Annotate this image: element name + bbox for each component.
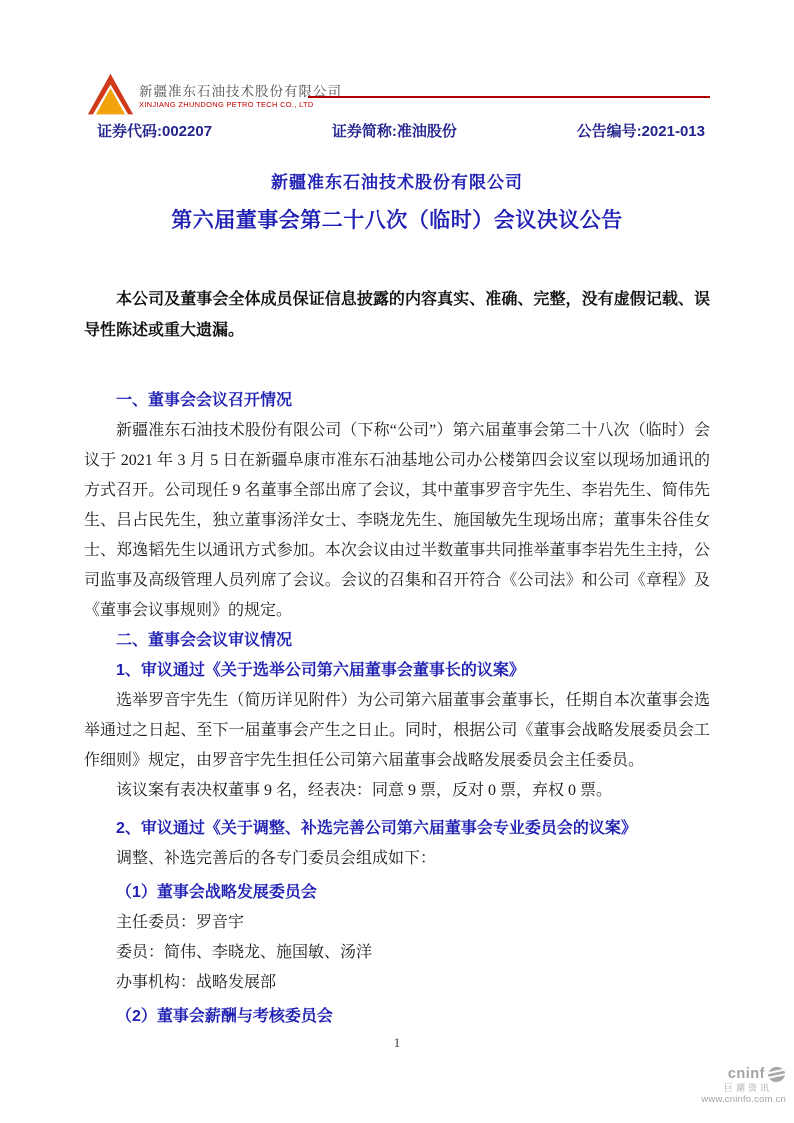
title-company-name: 新疆准东石油技术股份有限公司 xyxy=(84,172,710,194)
section-heading-convening: 一、董事会会议召开情况 xyxy=(84,386,710,416)
paragraph-meeting-convening: 新疆准东石油技术股份有限公司（下称“公司”）第六届董事会第二十八次（临时）会议于… xyxy=(84,416,710,626)
header-company-name-en: XINJIANG ZHUNDONG PETRO TECH CO., LTD xyxy=(139,100,314,109)
cninfo-watermark: cninf 巨潮资讯 www.cninfo.com.cn xyxy=(676,1066,786,1105)
cninfo-name-cn: 巨潮资讯 xyxy=(676,1084,772,1094)
vote-result-line: 该议案有表决权董事 9 名，经表决：同意 9 票，反对 0 票，弃权 0 票。 xyxy=(84,776,710,806)
cninfo-swirl-icon xyxy=(767,1066,786,1083)
document-body: 新疆准东石油技术股份有限公司 第六届董事会第二十八次（临时）会议决议公告 本公司… xyxy=(84,172,710,1032)
subheading-proposal-1: 1、审议通过《关于选举公司第六届董事会董事长的议案》 xyxy=(84,656,710,686)
cninfo-brand-text: cninf xyxy=(728,1067,765,1083)
paragraph-proposal-1: 选举罗音宇先生（简历详见附件）为公司第六届董事会董事长，任期自本次董事会选举通过… xyxy=(84,686,710,776)
stock-code: 证券代码:002207 xyxy=(97,120,212,141)
committee-members-line: 委员：简伟、李晓龙、施国敏、汤洋 xyxy=(84,938,710,968)
committee-chairman-line: 主任委员：罗音宇 xyxy=(84,908,710,938)
committee-heading-remuneration: （2）董事会薪酬与考核委员会 xyxy=(84,1002,710,1032)
truthfulness-statement: 本公司及董事会全体成员保证信息披露的内容真实、准确、完整，没有虚假记载、误导性陈… xyxy=(84,284,710,346)
page-number: 1 xyxy=(0,1036,794,1051)
company-logo-icon xyxy=(87,72,134,117)
header-rule xyxy=(308,96,710,98)
committee-heading-strategy: （1）董事会战略发展委员会 xyxy=(84,878,710,908)
committee-office-line: 办事机构：战略发展部 xyxy=(84,968,710,998)
cninfo-url: www.cninfo.com.cn xyxy=(676,1095,786,1105)
title-announcement-subject: 第六届董事会第二十八次（临时）会议决议公告 xyxy=(84,207,710,234)
securities-info-row: 证券代码:002207 证券简称:准油股份 公告编号:2021-013 xyxy=(97,120,705,141)
announcement-number: 公告编号:2021-013 xyxy=(577,120,705,141)
section-heading-deliberation: 二、董事会会议审议情况 xyxy=(84,626,710,656)
stock-short-name: 证券简称:准油股份 xyxy=(332,120,457,141)
subheading-proposal-2: 2、审议通过《关于调整、补选完善公司第六届董事会专业委员会的议案》 xyxy=(84,814,710,844)
committee-intro-line: 调整、补选完善后的各专门委员会组成如下： xyxy=(84,844,710,874)
document-page: 新疆准东石油技术股份有限公司 XINJIANG ZHUNDONG PETRO T… xyxy=(0,0,794,1123)
